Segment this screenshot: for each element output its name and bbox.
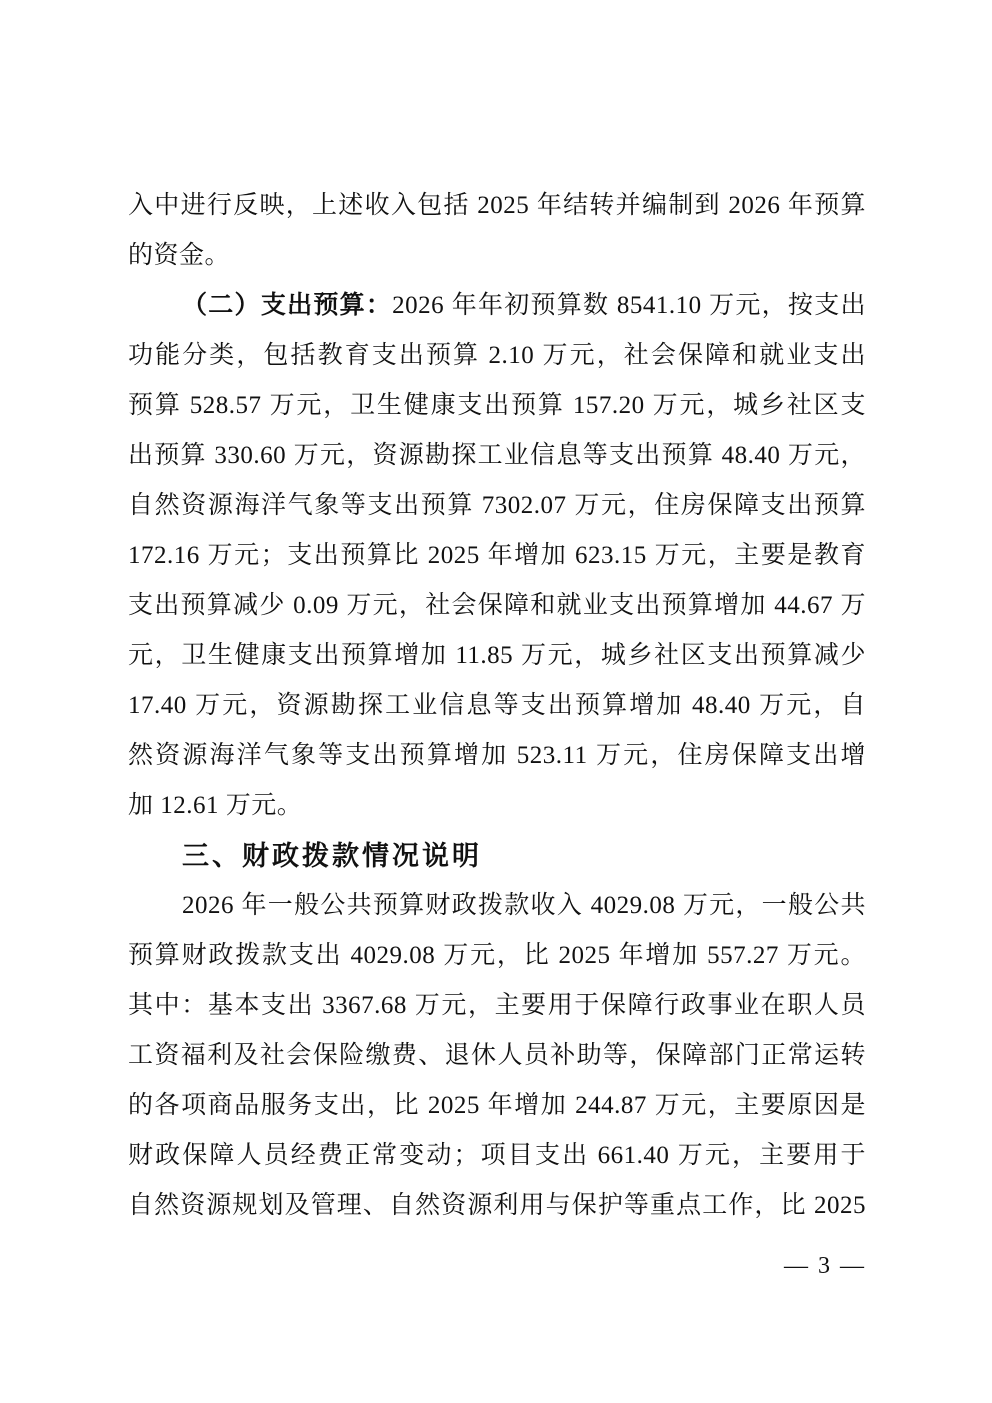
subsection-label: （二）支出预算： <box>182 292 392 319</box>
body-line: 然资源海洋气象等支出预算增加 523.11 万元，住房保障支出增 <box>128 731 866 781</box>
document-page: 入中进行反映，上述收入包括 2025 年结转并编制到 2026 年预算 的资金。… <box>0 0 992 1403</box>
body-line: 2026 年一般公共预算财政拨款收入 4029.08 万元，一般公共 <box>128 881 866 931</box>
body-line: 17.40 万元，资源勘探工业信息等支出预算增加 48.40 万元，自 <box>128 681 866 731</box>
body-line: 加 12.61 万元。 <box>128 781 866 831</box>
body-line: 工资福利及社会保险缴费、退休人员补助等，保障部门正常运转 <box>128 1031 866 1081</box>
body-line: 预算财政拨款支出 4029.08 万元，比 2025 年增加 557.27 万元… <box>128 931 866 981</box>
body-line: 172.16 万元；支出预算比 2025 年增加 623.15 万元，主要是教育 <box>128 531 866 581</box>
body-line: 自然资源海洋气象等支出预算 7302.07 万元，住房保障支出预算 <box>128 481 866 531</box>
body-line: 预算 528.57 万元，卫生健康支出预算 157.20 万元，城乡社区支 <box>128 381 866 431</box>
body-line: 自然资源规划及管理、自然资源利用与保护等重点工作，比 2025 <box>128 1181 866 1231</box>
body-line-text: 2026 年年初预算数 8541.10 万元，按支出 <box>392 292 866 319</box>
body-line: 的资金。 <box>128 231 866 281</box>
section-heading: 三、财政拨款情况说明 <box>128 831 866 881</box>
body-line: 出预算 330.60 万元，资源勘探工业信息等支出预算 48.40 万元， <box>128 431 866 481</box>
body-line: 入中进行反映，上述收入包括 2025 年结转并编制到 2026 年预算 <box>128 181 866 231</box>
body-line: 财政保障人员经费正常变动；项目支出 661.40 万元，主要用于 <box>128 1131 866 1181</box>
body-line: 元，卫生健康支出预算增加 11.85 万元，城乡社区支出预算减少 <box>128 631 866 681</box>
body-line: 的各项商品服务支出，比 2025 年增加 244.87 万元，主要原因是 <box>128 1081 866 1131</box>
body-line: 功能分类，包括教育支出预算 2.10 万元，社会保障和就业支出 <box>128 331 866 381</box>
text-block: 入中进行反映，上述收入包括 2025 年结转并编制到 2026 年预算 的资金。… <box>128 181 866 1231</box>
body-line: （二）支出预算：2026 年年初预算数 8541.10 万元，按支出 <box>128 281 866 331</box>
body-line: 其中：基本支出 3367.68 万元，主要用于保障行政事业在职人员 <box>128 981 866 1031</box>
page-number: — 3 — <box>784 1252 866 1280</box>
body-line: 支出预算减少 0.09 万元，社会保障和就业支出预算增加 44.67 万 <box>128 581 866 631</box>
